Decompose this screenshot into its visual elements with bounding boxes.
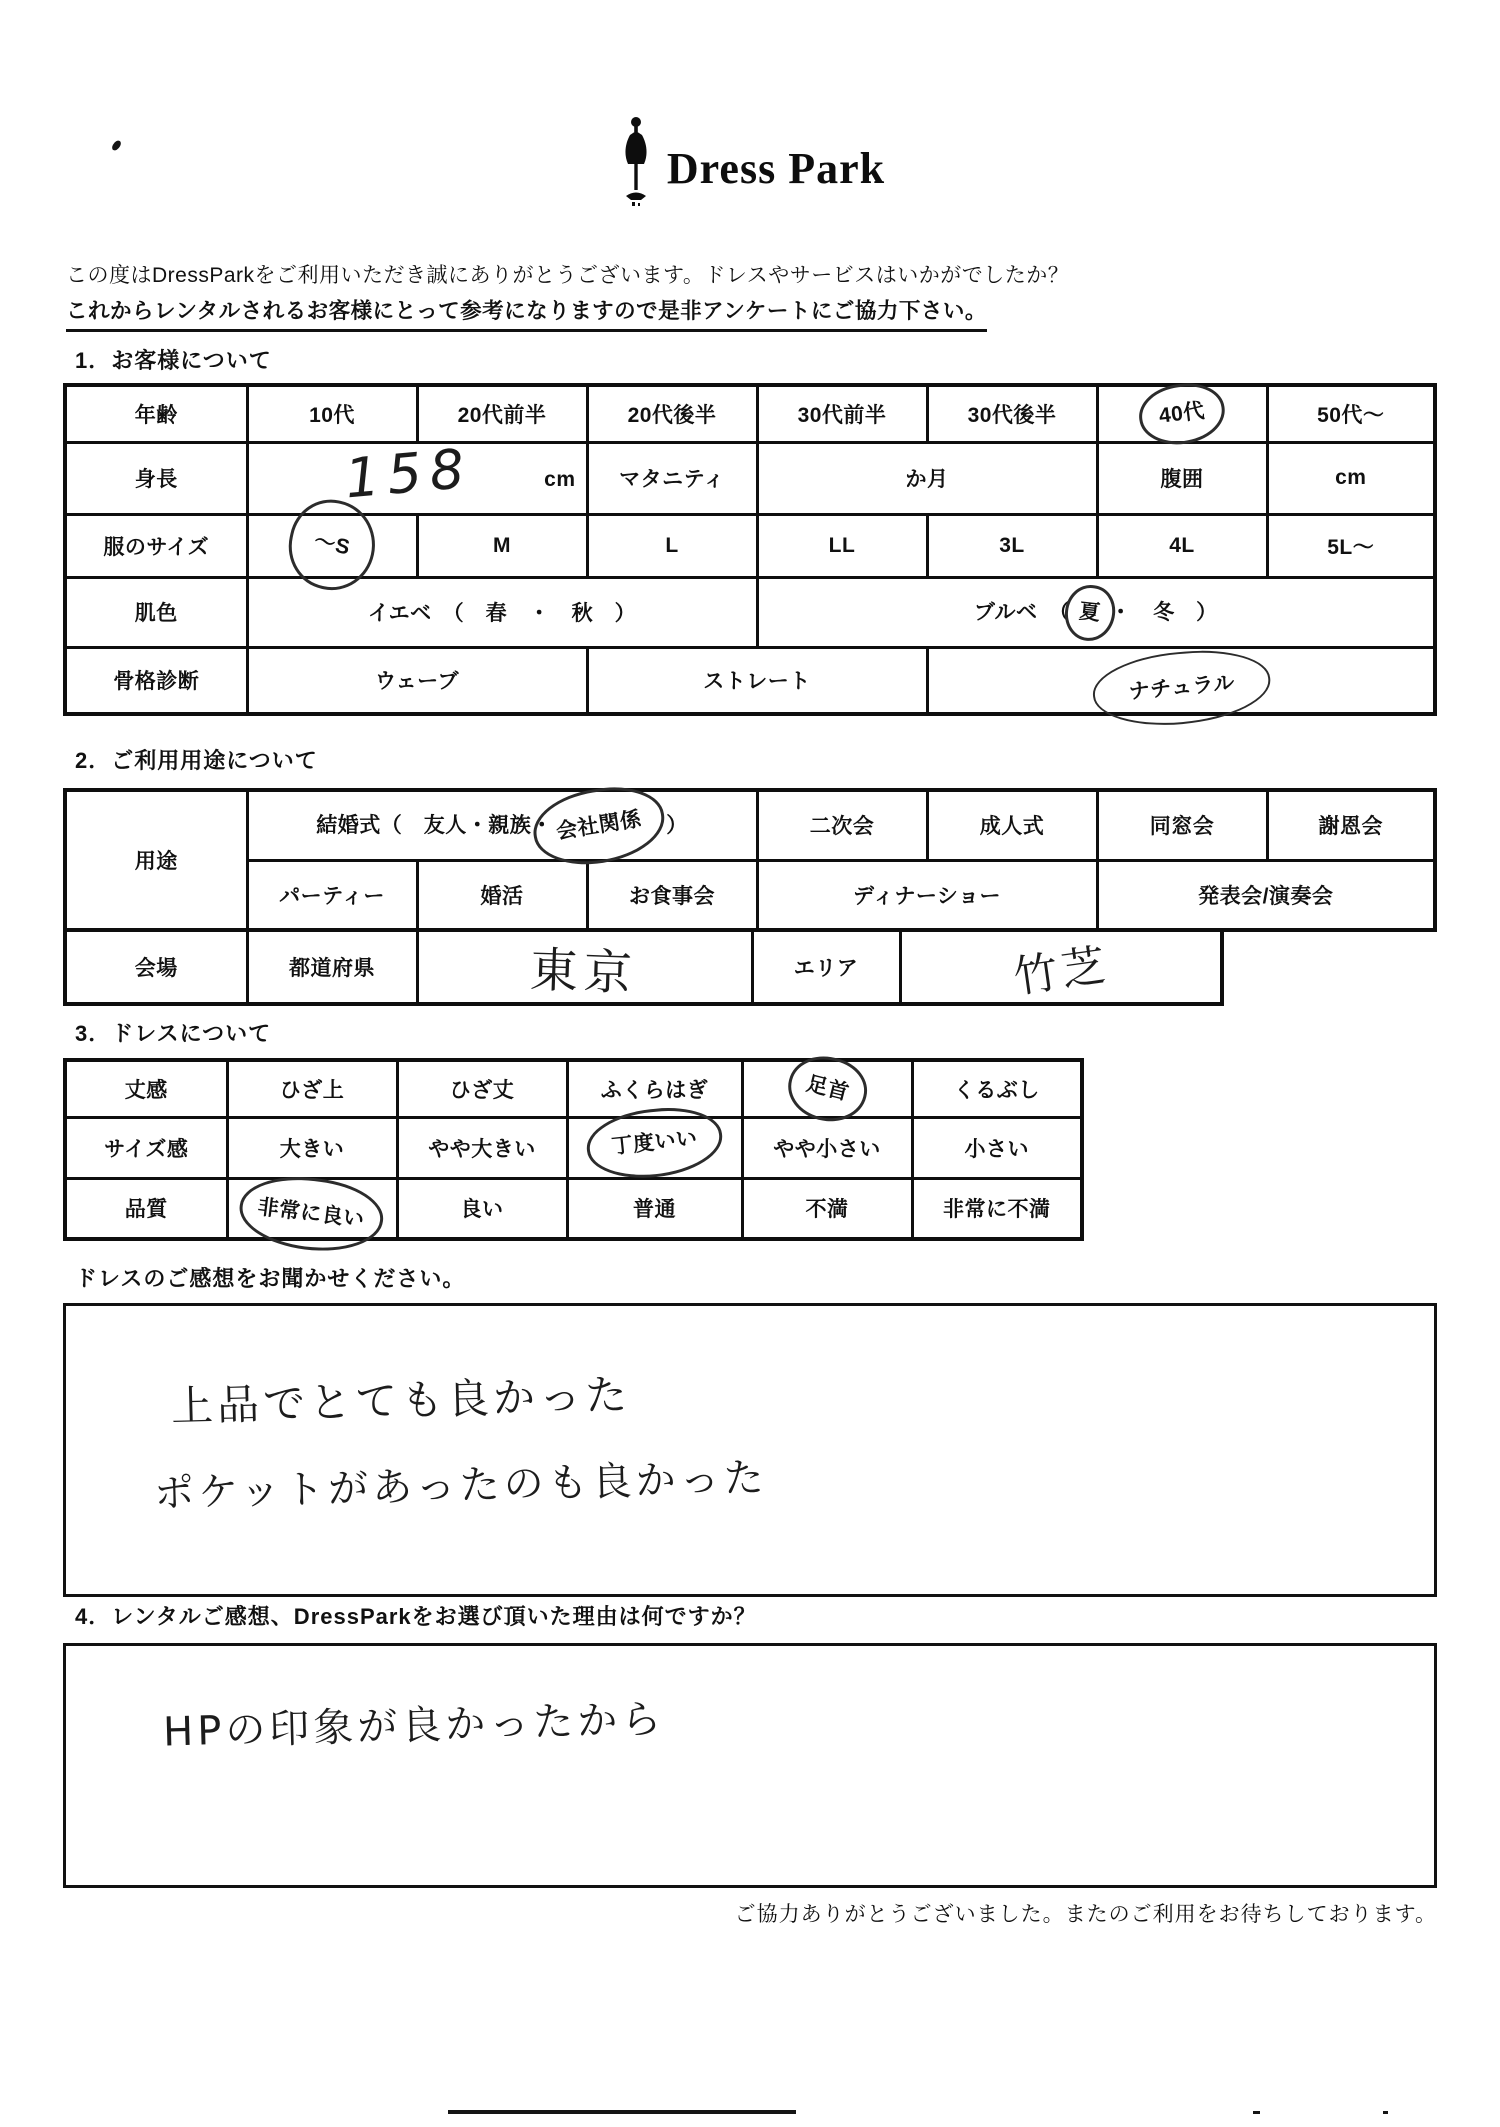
section1-heading: 1．お客様について (75, 344, 272, 375)
frame-option: ストレート (587, 647, 927, 714)
quality-option: 良い (397, 1178, 567, 1239)
usage-wedding-cell: 結婚式（ 友人・親族・会社関係 ） (247, 790, 757, 860)
venue-row: 会場 都道府県 東京 エリア 竹芝 (65, 930, 1222, 1004)
months-cell: か月 (757, 442, 1097, 514)
intro-text-underlined: これからレンタルされるお客様にとって参考になりますので是非アンケートにご協力下さ… (66, 294, 987, 332)
scan-artifact-line (448, 2110, 796, 2114)
height-value-cell: 158 cm (247, 442, 587, 514)
frame-option: ウェーブ (247, 647, 587, 714)
handwritten-feedback-line2: ポケットがあったのも良かった (153, 1446, 768, 1519)
waist-label: 腹囲 (1097, 442, 1267, 514)
handwritten-prefecture: 東京 (529, 931, 639, 1004)
fit-option: やや小さい (742, 1117, 912, 1178)
fit-option: やや大きい (397, 1117, 567, 1178)
venue-table: 会場 都道府県 東京 エリア 竹芝 (63, 928, 1224, 1006)
section3-heading: 3．ドレスについて (75, 1017, 271, 1048)
height-label: 身長 (65, 442, 247, 514)
maternity-label: マタニティ (587, 442, 757, 514)
section2-heading: 2．ご利用用途について (75, 744, 318, 775)
scanned-survey-form: Dress Park この度はDressParkをご利用いただき誠にありがとうご… (0, 0, 1500, 2127)
length-row: 丈感 ひざ上 ひざ丈 ふくらはぎ 足首 くるぶし (65, 1060, 1082, 1117)
size-option: 3L (927, 514, 1097, 577)
prefecture-value-cell: 東京 (417, 930, 752, 1004)
intro-text: この度はDressParkをご利用いただき誠にありがとうございます。ドレスやサー… (66, 259, 1069, 289)
skin-label: 肌色 (65, 577, 247, 647)
age-label: 年齢 (65, 385, 247, 442)
handwritten-feedback-line1: 上品でとても良かった (170, 1362, 631, 1434)
usage-label: 用途 (65, 790, 247, 930)
length-option: くるぶし (912, 1060, 1082, 1117)
quality-option: 普通 (567, 1178, 742, 1239)
dress-feedback-heading: ドレスのご感想をお聞かせください。 (75, 1262, 465, 1293)
frame-label: 骨格診断 (65, 647, 247, 714)
frame-option-selected: ナチュラル (927, 647, 1435, 714)
quality-option: 非常に不満 (912, 1178, 1082, 1239)
usage-option: 成人式 (927, 790, 1097, 860)
age-option: 30代前半 (757, 385, 927, 442)
logo: Dress Park (0, 116, 1500, 208)
usage-option: 発表会/演奏会 (1097, 860, 1435, 930)
usage-option: ディナーショー (757, 860, 1097, 930)
quality-option: 不満 (742, 1178, 912, 1239)
prefecture-label: 都道府県 (247, 930, 417, 1004)
size-option: LL (757, 514, 927, 577)
area-value-cell: 竹芝 (900, 930, 1222, 1004)
size-label: 服のサイズ (65, 514, 247, 577)
usage-option: パーティー (247, 860, 417, 930)
age-row: 年齢 10代 20代前半 20代後半 30代前半 30代後半 40代 50代～ (65, 385, 1435, 442)
skin-row: 肌色 イエベ （ 春 ・ 秋 ） ブルベ （ 夏 ・ 冬 ） (65, 577, 1435, 647)
length-option: ひざ丈 (397, 1060, 567, 1117)
age-option-selected: 40代 (1097, 385, 1267, 442)
handdrawn-circle-natural: ナチュラル (1090, 645, 1274, 732)
fit-option: 大きい (227, 1117, 397, 1178)
usage-row2: パーティー 婚活 お食事会 ディナーショー 発表会/演奏会 (65, 860, 1435, 930)
handdrawn-circle-verygood: 非常に良い (236, 1170, 387, 1259)
usage-row1: 用途 結婚式（ 友人・親族・会社関係 ） 二次会 成人式 同窓会 謝恩会 (65, 790, 1435, 860)
size-row: 服のサイズ ～S M L LL 3L 4L 5L～ (65, 514, 1435, 577)
size-option: 5L～ (1267, 514, 1435, 577)
height-unit: cm (544, 468, 575, 492)
fit-option: 小さい (912, 1117, 1082, 1178)
logo-wordmark: Dress Park (667, 143, 885, 208)
usage-option: 二次会 (757, 790, 927, 860)
age-option: 30代後半 (927, 385, 1097, 442)
dress-table: 丈感 ひざ上 ひざ丈 ふくらはぎ 足首 くるぶし サイズ感 大きい やや大きい … (63, 1058, 1084, 1241)
usage-option: お食事会 (587, 860, 757, 930)
skin-blue-pre: ブルベ （ (974, 601, 1077, 624)
age-option: 20代前半 (417, 385, 587, 442)
scan-artifact-dot (1383, 2111, 1388, 2114)
usage-option: 同窓会 (1097, 790, 1267, 860)
length-option-selected: 足首 (742, 1060, 912, 1117)
fit-option-selected: 丁度いい (567, 1117, 742, 1178)
length-option: ひざ上 (227, 1060, 397, 1117)
height-row: 身長 158 cm マタニティ か月 腹囲 cm (65, 442, 1435, 514)
age-option: 10代 (247, 385, 417, 442)
quality-row: 品質 非常に良い 良い 普通 不満 非常に不満 (65, 1178, 1082, 1239)
customer-table: 年齢 10代 20代前半 20代後半 30代前半 30代後半 40代 50代～ … (63, 383, 1437, 716)
wedding-pre: 結婚式（ 友人・親族・ (316, 814, 553, 837)
quality-option-selected: 非常に良い (227, 1178, 397, 1239)
handwritten-area: 竹芝 (1009, 929, 1113, 1006)
age-option: 20代後半 (587, 385, 757, 442)
handdrawn-circle-summer: 夏 (1063, 582, 1118, 643)
footer-thanks-text: ご協力ありがとうございました。またのご利用をお待ちしております。 (735, 1898, 1437, 1928)
size-option: 4L (1097, 514, 1267, 577)
usage-option: 婚活 (417, 860, 587, 930)
age-option: 50代～ (1267, 385, 1435, 442)
handwritten-height: 158 (342, 436, 474, 510)
skin-blue-post: ・ 冬 ） (1104, 601, 1218, 624)
venue-label: 会場 (65, 930, 247, 1004)
fit-label: サイズ感 (65, 1117, 227, 1178)
fit-row: サイズ感 大きい やや大きい 丁度いい やや小さい 小さい (65, 1117, 1082, 1178)
section4-heading: 4．レンタルご感想、DressParkをお選び頂いた理由は何ですか？ (75, 1600, 757, 1631)
length-label: 丈感 (65, 1060, 227, 1117)
skin-blue-cell: ブルベ （ 夏 ・ 冬 ） (757, 577, 1435, 647)
handdrawn-circle-40s: 40代 (1136, 379, 1229, 449)
handwritten-reason-line: HPの印象が良かったから (162, 1687, 666, 1757)
size-option-selected: ～S (247, 514, 417, 577)
scan-artifact-dot (1253, 2111, 1260, 2114)
dress-feedback-box: 上品でとても良かった ポケットがあったのも良かった (63, 1303, 1437, 1597)
usage-option: 謝恩会 (1267, 790, 1435, 860)
dress-form-mannequin-icon (615, 116, 657, 208)
size-option: M (417, 514, 587, 577)
usage-tables: 用途 結婚式（ 友人・親族・会社関係 ） 二次会 成人式 同窓会 謝恩会 パーテ… (63, 788, 1437, 1006)
waist-unit-cell: cm (1267, 442, 1435, 514)
quality-label: 品質 (65, 1178, 227, 1239)
reason-box: HPの印象が良かったから (63, 1643, 1437, 1888)
frame-row: 骨格診断 ウェーブ ストレート ナチュラル (65, 647, 1435, 714)
usage-table: 用途 結婚式（ 友人・親族・会社関係 ） 二次会 成人式 同窓会 謝恩会 パーテ… (63, 788, 1437, 932)
area-label: エリア (752, 930, 900, 1004)
size-option: L (587, 514, 757, 577)
